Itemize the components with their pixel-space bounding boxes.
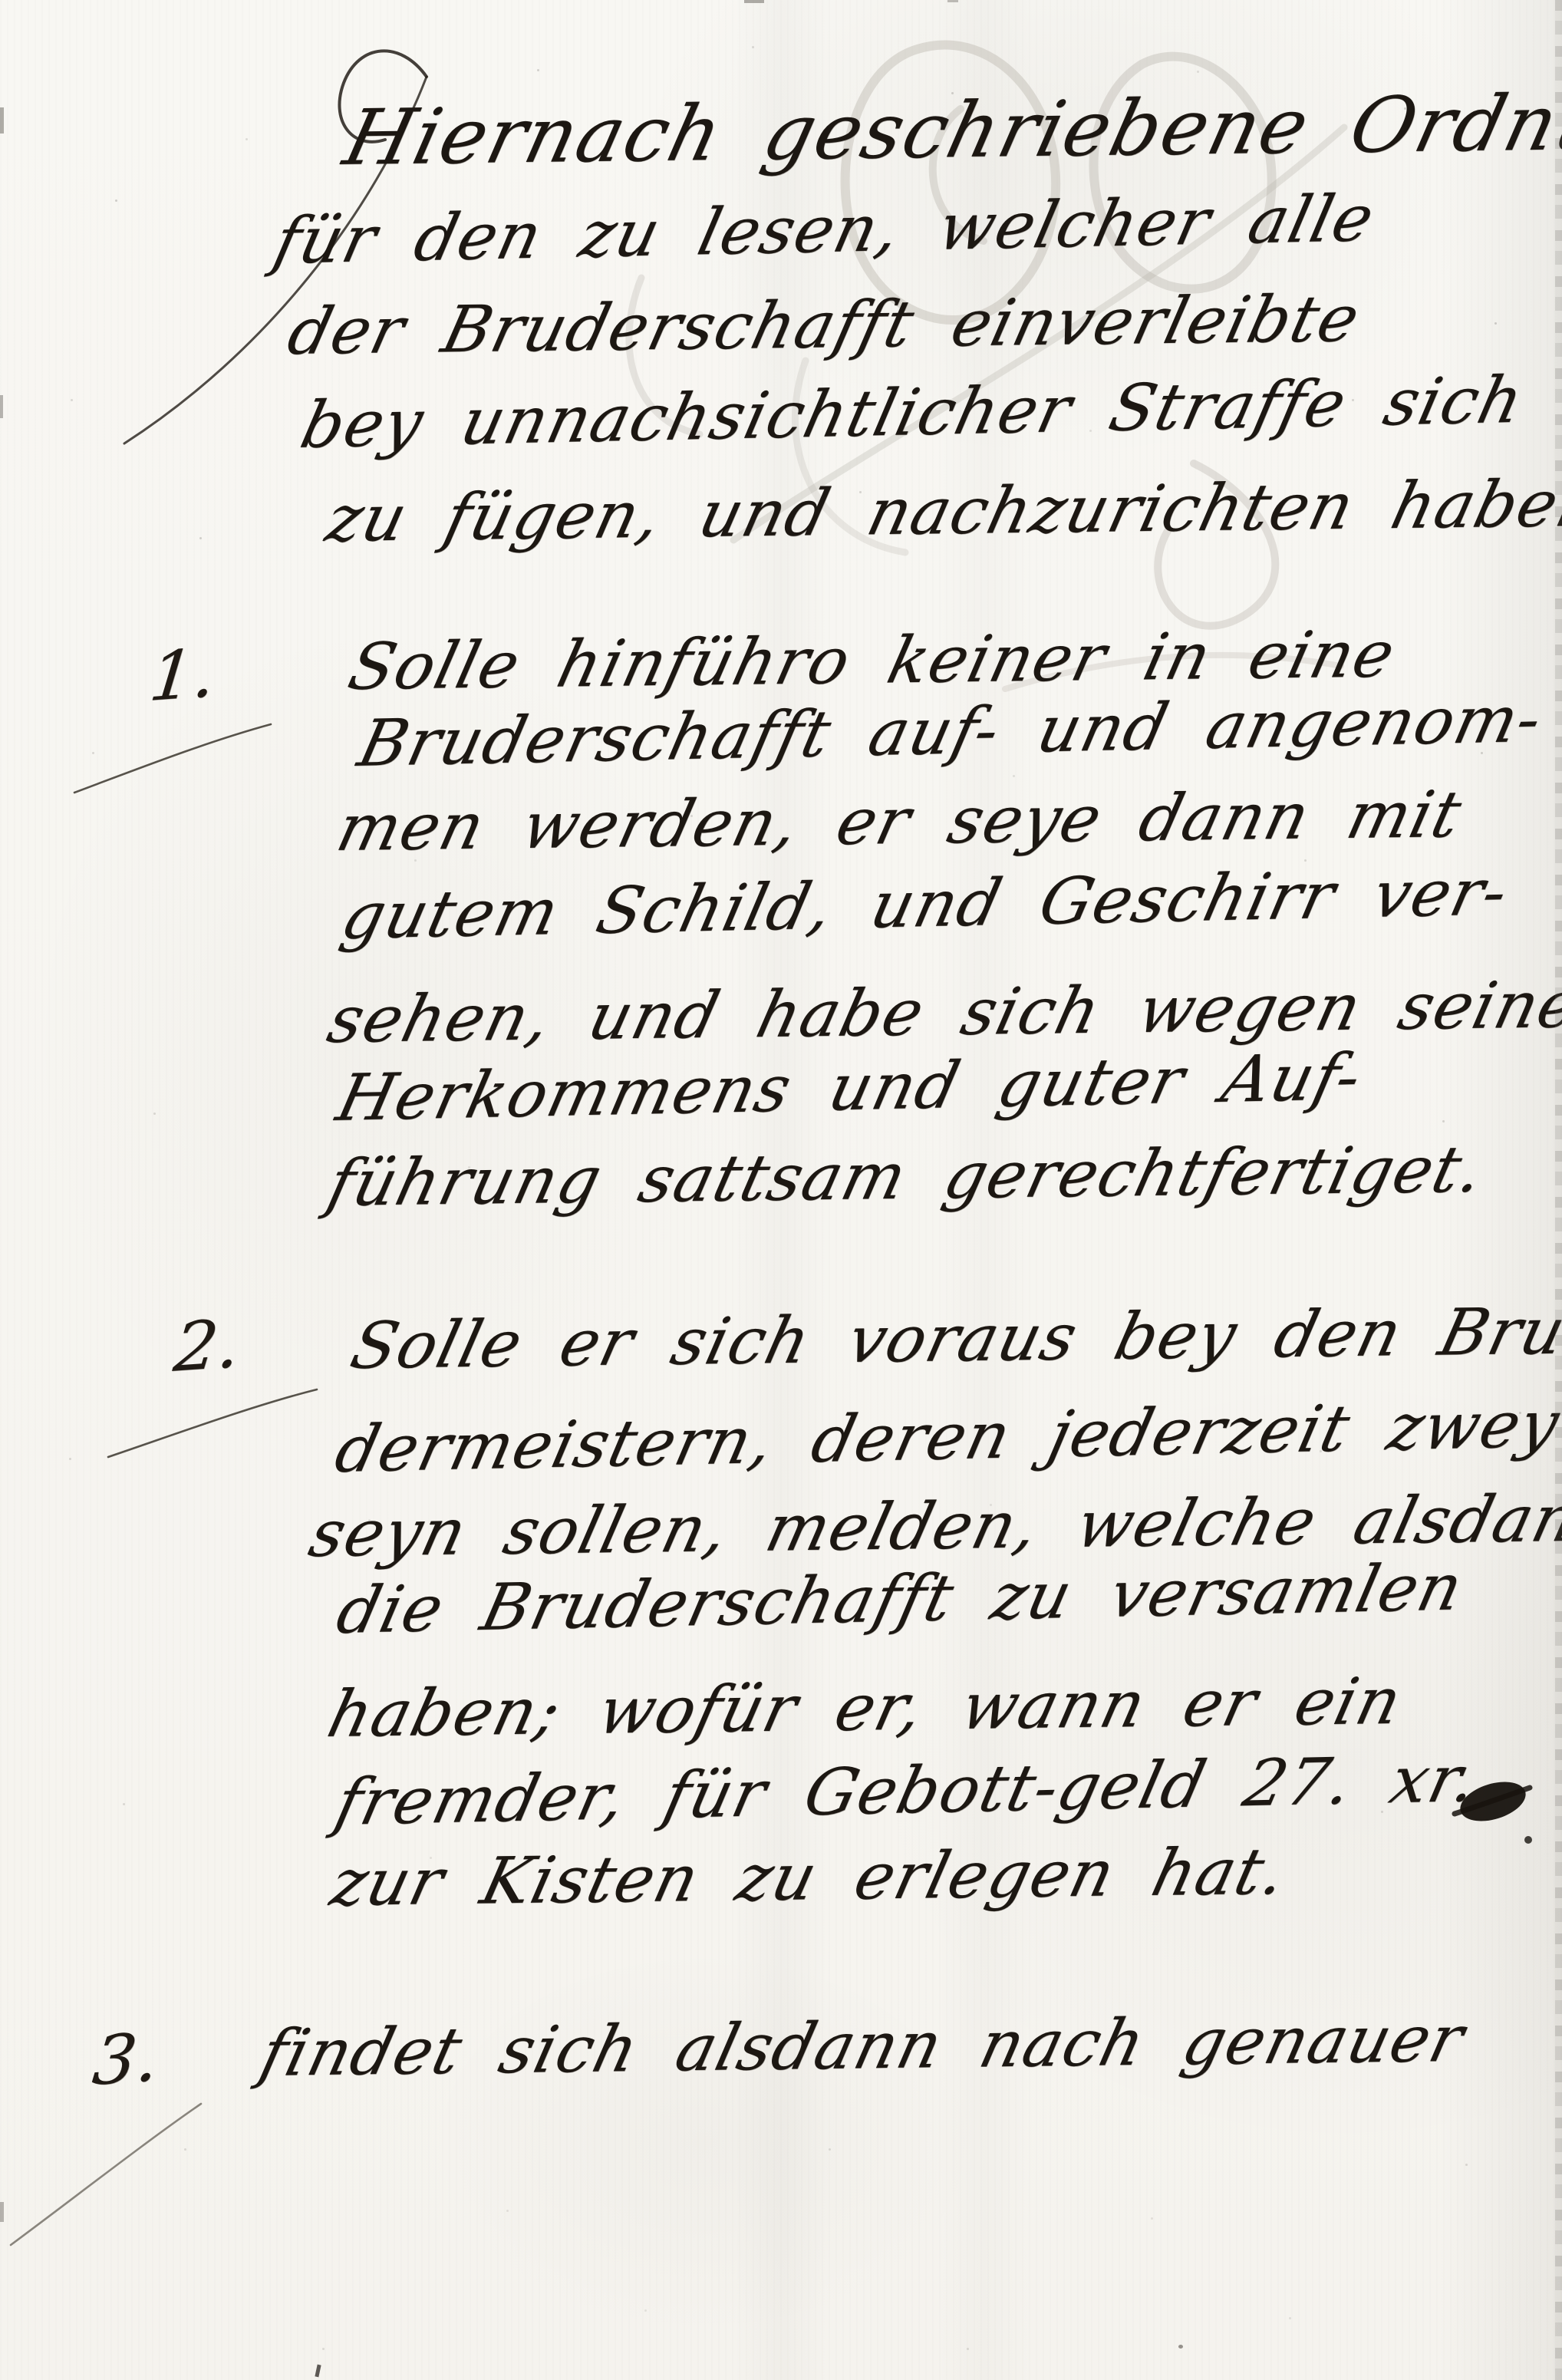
- scan-edge-mark: [0, 107, 4, 134]
- section-3-number: 3.: [90, 2023, 162, 2095]
- scan-bottom-mark: [1178, 2345, 1183, 2349]
- paper-speckle: [0, 0, 2, 2]
- section-2-line: fremder, für Gebott-geld 27. xr.: [330, 1746, 1484, 1834]
- section-1-line: führung sattsam gerechtfertiget.: [322, 1137, 1490, 1215]
- manuscript-page: Hiernach geschriebene Ordnung für den zu…: [0, 0, 1562, 2380]
- scan-edge-mark: [744, 0, 764, 3]
- heading-line: Hiernach geschriebene Ordnung: [338, 83, 1562, 176]
- section-1-line: Herkommens und guter Auf-: [331, 1044, 1368, 1130]
- section-1-number: 1.: [147, 639, 219, 711]
- section-3-line: findet sich alsdann nach genauer: [255, 2006, 1471, 2085]
- heading-line: für den zu lesen, welcher alle: [269, 186, 1380, 273]
- heading-line: bey unnachsichtlicher Straffe sich: [295, 368, 1530, 457]
- section-2-line: dermeistern, deren jederzeit zwey: [330, 1392, 1562, 1482]
- scan-bottom-mark: [315, 2365, 321, 2378]
- section-2-number: 2.: [171, 1310, 243, 1382]
- section-2-line: Solle er sich voraus bey den Bru-: [345, 1298, 1562, 1378]
- scan-edge-mark: [0, 2202, 4, 2222]
- section-2-line: haben; wofür er, wann er ein: [322, 1669, 1409, 1746]
- heading-line: zu fügen, und nachzurichten haben.: [321, 470, 1562, 551]
- scan-right-edge: [1555, 0, 1562, 2380]
- section-1-line: men werden, er seye dann mit: [331, 782, 1468, 860]
- scan-edge-mark: [947, 0, 958, 2]
- section-2-line: zur Kisten zu erlegen hat.: [325, 1839, 1293, 1915]
- scan-edge-mark: [0, 395, 3, 418]
- section-1-line: gutem Schild, und Geschirr ver-: [336, 859, 1514, 948]
- section-1-line: sehen, und habe sich wegen seines: [322, 972, 1562, 1052]
- heading-line: der Bruderschafft einverleibte: [282, 286, 1366, 364]
